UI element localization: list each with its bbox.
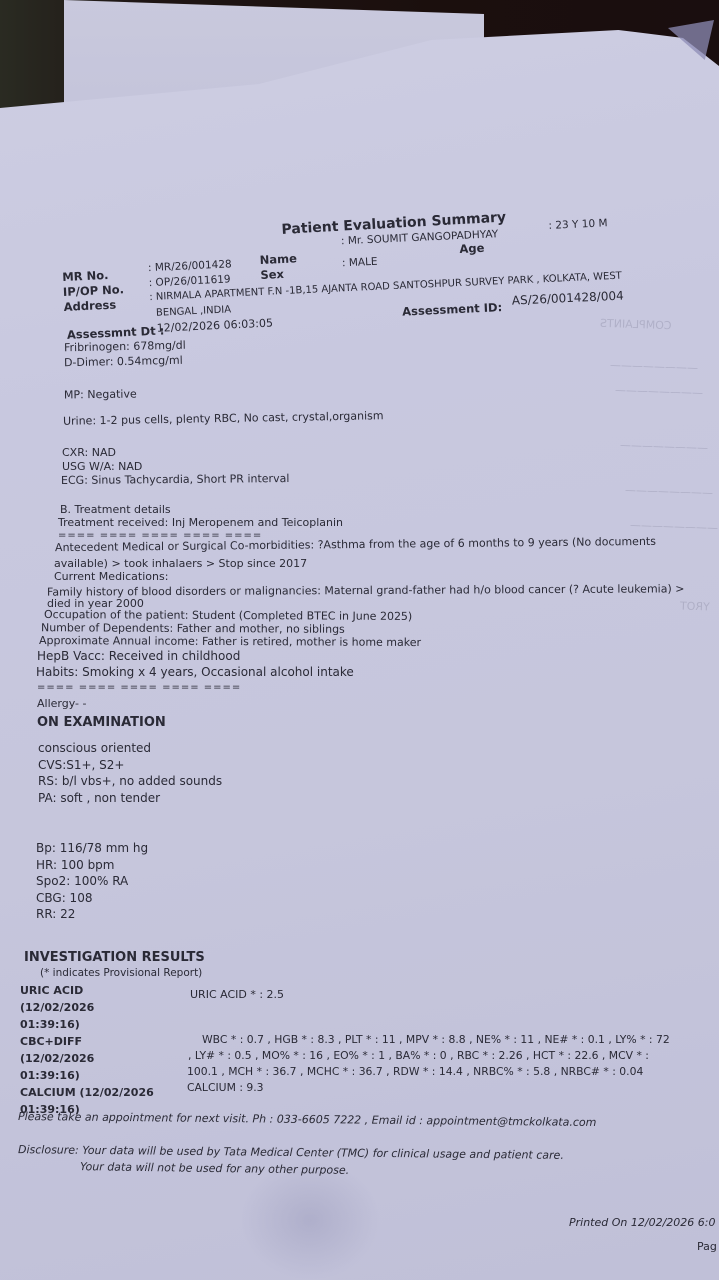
current-medications: Current Medications: <box>54 570 168 583</box>
cbc-results: WBC * : 0.7 , HGB * : 8.3 , PLT * : 11 ,… <box>187 1032 670 1096</box>
treatment-received: Treatment received: Inj Meropenem and Te… <box>58 516 343 529</box>
examination-heading: ON EXAMINATION <box>37 715 166 730</box>
cbc-line: , LY# * : 0.5 , MO% * : 16 , EO% * : 1 ,… <box>188 1048 670 1064</box>
test-name: URIC ACID <box>20 982 154 999</box>
uric-acid-result: URIC ACID * : 2.5 <box>190 988 284 1001</box>
patient-header: MR No. : MR/26/001428 IP/OP No. : OP/26/… <box>62 241 705 350</box>
ecg-result: ECG: Sinus Tachycardia, Short PR interva… <box>61 472 289 487</box>
vital-item: Bp: 116/78 mm hg <box>36 840 148 857</box>
fibrinogen-result: Fribrinogen: 678mg/dl <box>64 339 186 355</box>
document-content: Patient Evaluation Summary MR No. : MR/2… <box>0 0 719 1280</box>
assessment-id-label: Assessment ID: <box>402 300 503 319</box>
age-value: : 23 Y 10 M <box>548 217 608 232</box>
vital-item: Spo2: 100% RA <box>36 873 148 890</box>
disclosure-line2: Your data will not be used for any other… <box>80 1160 349 1177</box>
mr-no-value: : MR/26/001428 <box>148 258 232 274</box>
habits: Habits: Smoking x 4 years, Occasional al… <box>36 665 354 679</box>
vital-item: CBG: 108 <box>36 890 148 907</box>
comorbidities-line2: available) > took inhalaers > Stop since… <box>54 557 307 570</box>
ipop-value: : OP/26/011619 <box>148 273 230 289</box>
address-value-line2: BENGAL ,INDIA <box>156 304 232 318</box>
test-name: (12/02/2026 <box>20 999 154 1016</box>
printed-on: Printed On 12/02/2026 6:0 <box>569 1216 715 1229</box>
name-label: Name <box>259 251 297 267</box>
cxr-result: CXR: NAD <box>62 446 116 459</box>
sex-value: : MALE <box>342 256 378 270</box>
page-number: Pag <box>697 1240 717 1253</box>
age-label: Age <box>459 241 485 256</box>
treatment-heading: B. Treatment details <box>60 503 171 516</box>
usg-result: USG W/A: NAD <box>62 460 142 473</box>
vital-item: HR: 100 bpm <box>36 857 148 874</box>
finding-item: CVS:S1+, S2+ <box>38 757 222 774</box>
cbc-line: WBC * : 0.7 , HGB * : 8.3 , PLT * : 11 ,… <box>202 1032 670 1048</box>
mp-result: MP: Negative <box>64 387 137 401</box>
appointment-note: Please take an appointment for next visi… <box>18 1110 597 1129</box>
test-name: 01:39:16) <box>20 1067 154 1084</box>
examination-findings: conscious oriented CVS:S1+, S2+ RS: b/l … <box>38 740 222 806</box>
urine-result: Urine: 1-2 pus cells, plenty RBC, No cas… <box>63 409 384 428</box>
annual-income: Approximate Annual income: Father is ret… <box>39 634 421 649</box>
test-name: 01:39:16) <box>20 1016 154 1033</box>
allergy: Allergy- - <box>37 697 86 710</box>
calcium-result: CALCIUM : 9.3 <box>187 1080 670 1096</box>
separator: ==== ==== ==== ==== ==== <box>37 682 241 693</box>
hepb-vaccination: HepB Vacc: Received in childhood <box>37 649 240 663</box>
investigation-names: URIC ACID (12/02/2026 01:39:16) CBC+DIFF… <box>20 982 154 1118</box>
vital-item: RR: 22 <box>36 906 148 923</box>
cbc-line: 100.1 , MCH * : 36.7 , MCHC * : 36.7 , R… <box>187 1064 670 1080</box>
mr-no-label: MR No. <box>62 268 109 284</box>
assessment-id-value: AS/26/001428/004 <box>512 289 624 308</box>
d-dimer-result: D-Dimer: 0.54mcg/ml <box>64 354 183 369</box>
provisional-note: (* indicates Provisional Report) <box>40 967 202 979</box>
vitals-list: Bp: 116/78 mm hg HR: 100 bpm Spo2: 100% … <box>36 840 148 923</box>
investigations-heading: INVESTIGATION RESULTS <box>24 950 205 965</box>
finding-item: PA: soft , non tender <box>38 790 222 807</box>
ipop-label: IP/OP No. <box>63 282 125 299</box>
address-label: Address <box>63 298 116 314</box>
test-name: CBC+DIFF <box>20 1033 154 1050</box>
finding-item: conscious oriented <box>38 740 222 757</box>
finding-item: RS: b/l vbs+, no added sounds <box>38 773 222 790</box>
sex-label: Sex <box>260 267 284 282</box>
disclosure-line1: Disclosure: Your data will be used by Ta… <box>18 1143 564 1162</box>
assessment-date-value: 12/02/2026 06:03:05 <box>156 316 273 334</box>
test-name: CALCIUM (12/02/2026 <box>20 1084 154 1101</box>
test-name: (12/02/2026 <box>20 1050 154 1067</box>
